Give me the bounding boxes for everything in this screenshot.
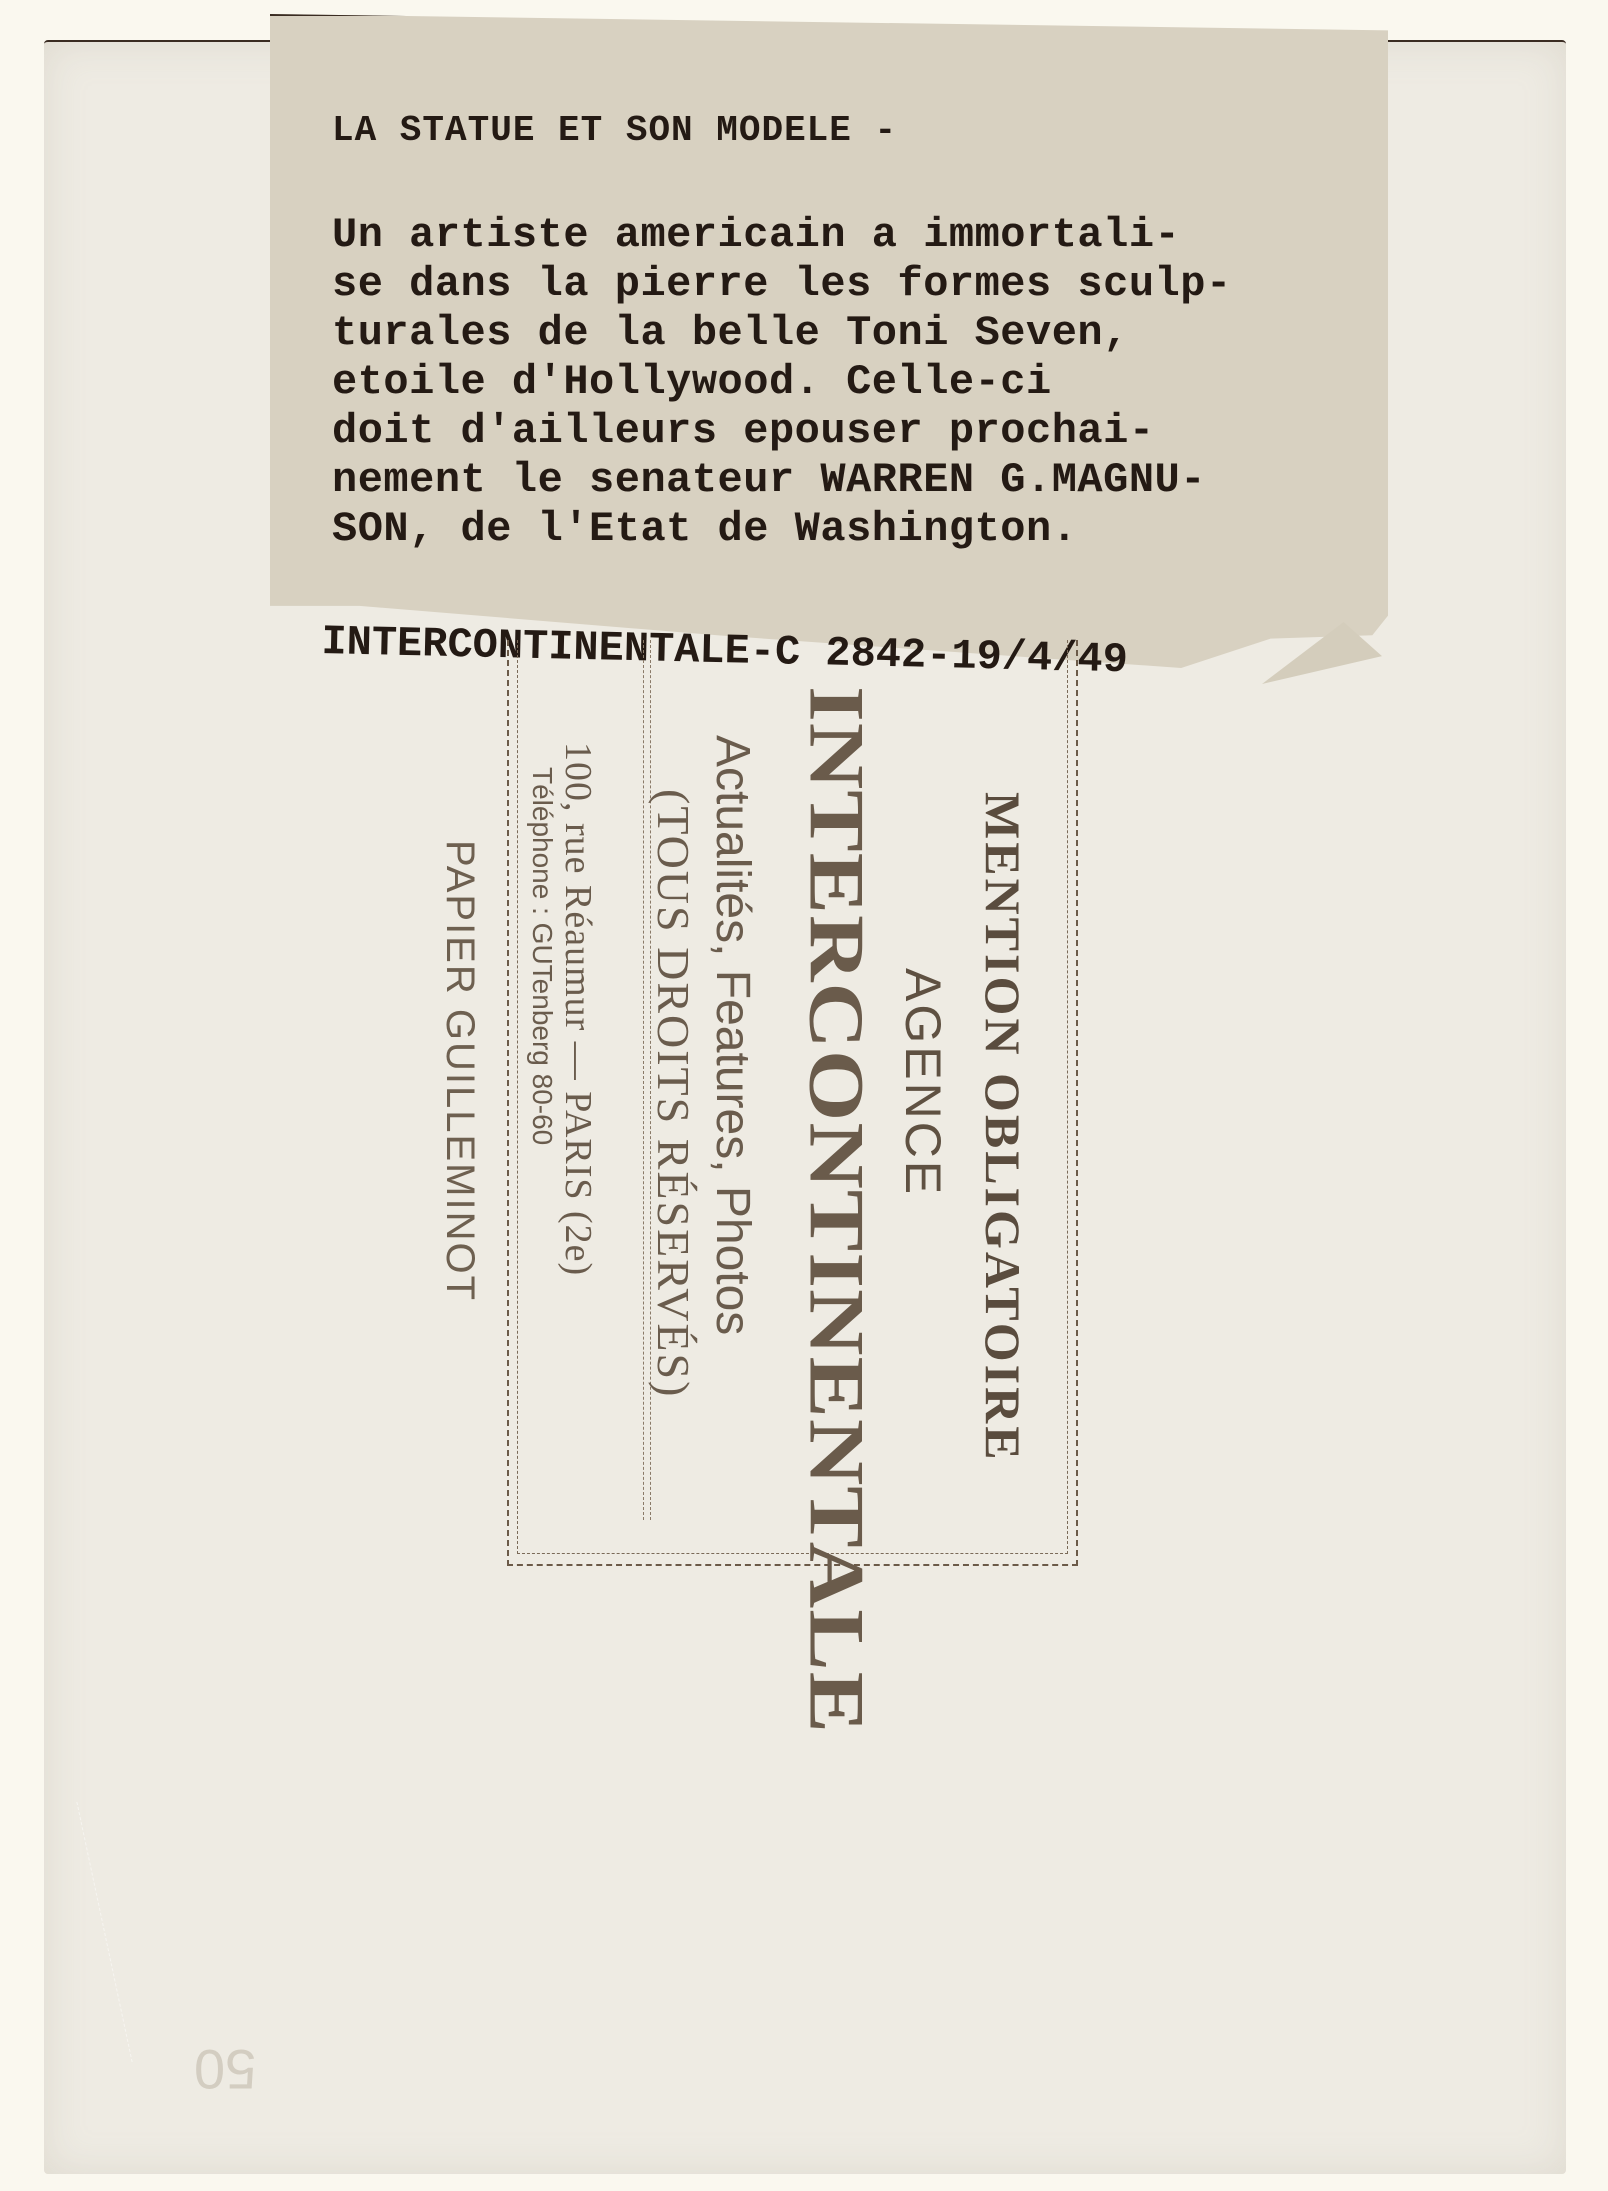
caption-body: Un artiste americain a immortali- se dan… [332, 211, 1372, 554]
caption-text: LA STATUE ET SON MODELE - Un artiste ame… [332, 110, 1372, 554]
paper-brand: PAPIER GUILLEMINOT [437, 840, 482, 1302]
caption-line: doit d'ailleurs epouser prochai- [332, 407, 1372, 456]
stamp-mention: MENTION OBLIGATOIRE [974, 792, 1032, 1463]
caption-line: nement le senateur WARREN G.MAGNU- [332, 456, 1372, 505]
pencil-mark: 50 [194, 2037, 256, 2102]
caption-line: etoile d'Hollywood. Celle-ci [332, 358, 1372, 407]
caption-line: Un artiste americain a immortali- [332, 211, 1372, 260]
stamp-phone: Téléphone : GUTenberg 80-60 [526, 767, 558, 1145]
caption-line: turales de la belle Toni Seven, [332, 309, 1372, 358]
stamp-agence: AGENCE [894, 968, 952, 1197]
caption-title: LA STATUE ET SON MODELE - [332, 110, 1372, 151]
stamp-agency-name: INTERCONTINENTALE [792, 686, 882, 1734]
stamp-services: Actualités, Features, Photos [705, 735, 760, 1335]
caption-line: se dans la pierre les formes sculp- [332, 260, 1372, 309]
stamp-address: 100, rue Réaumur — PARIS (2e) [556, 742, 600, 1276]
stamp-rights: (TOUS DROITS RÉSERVÉS) [647, 789, 700, 1398]
paper-crease [16, 1802, 132, 2062]
caption-line: SON, de l'Etat de Washington. [332, 505, 1372, 554]
